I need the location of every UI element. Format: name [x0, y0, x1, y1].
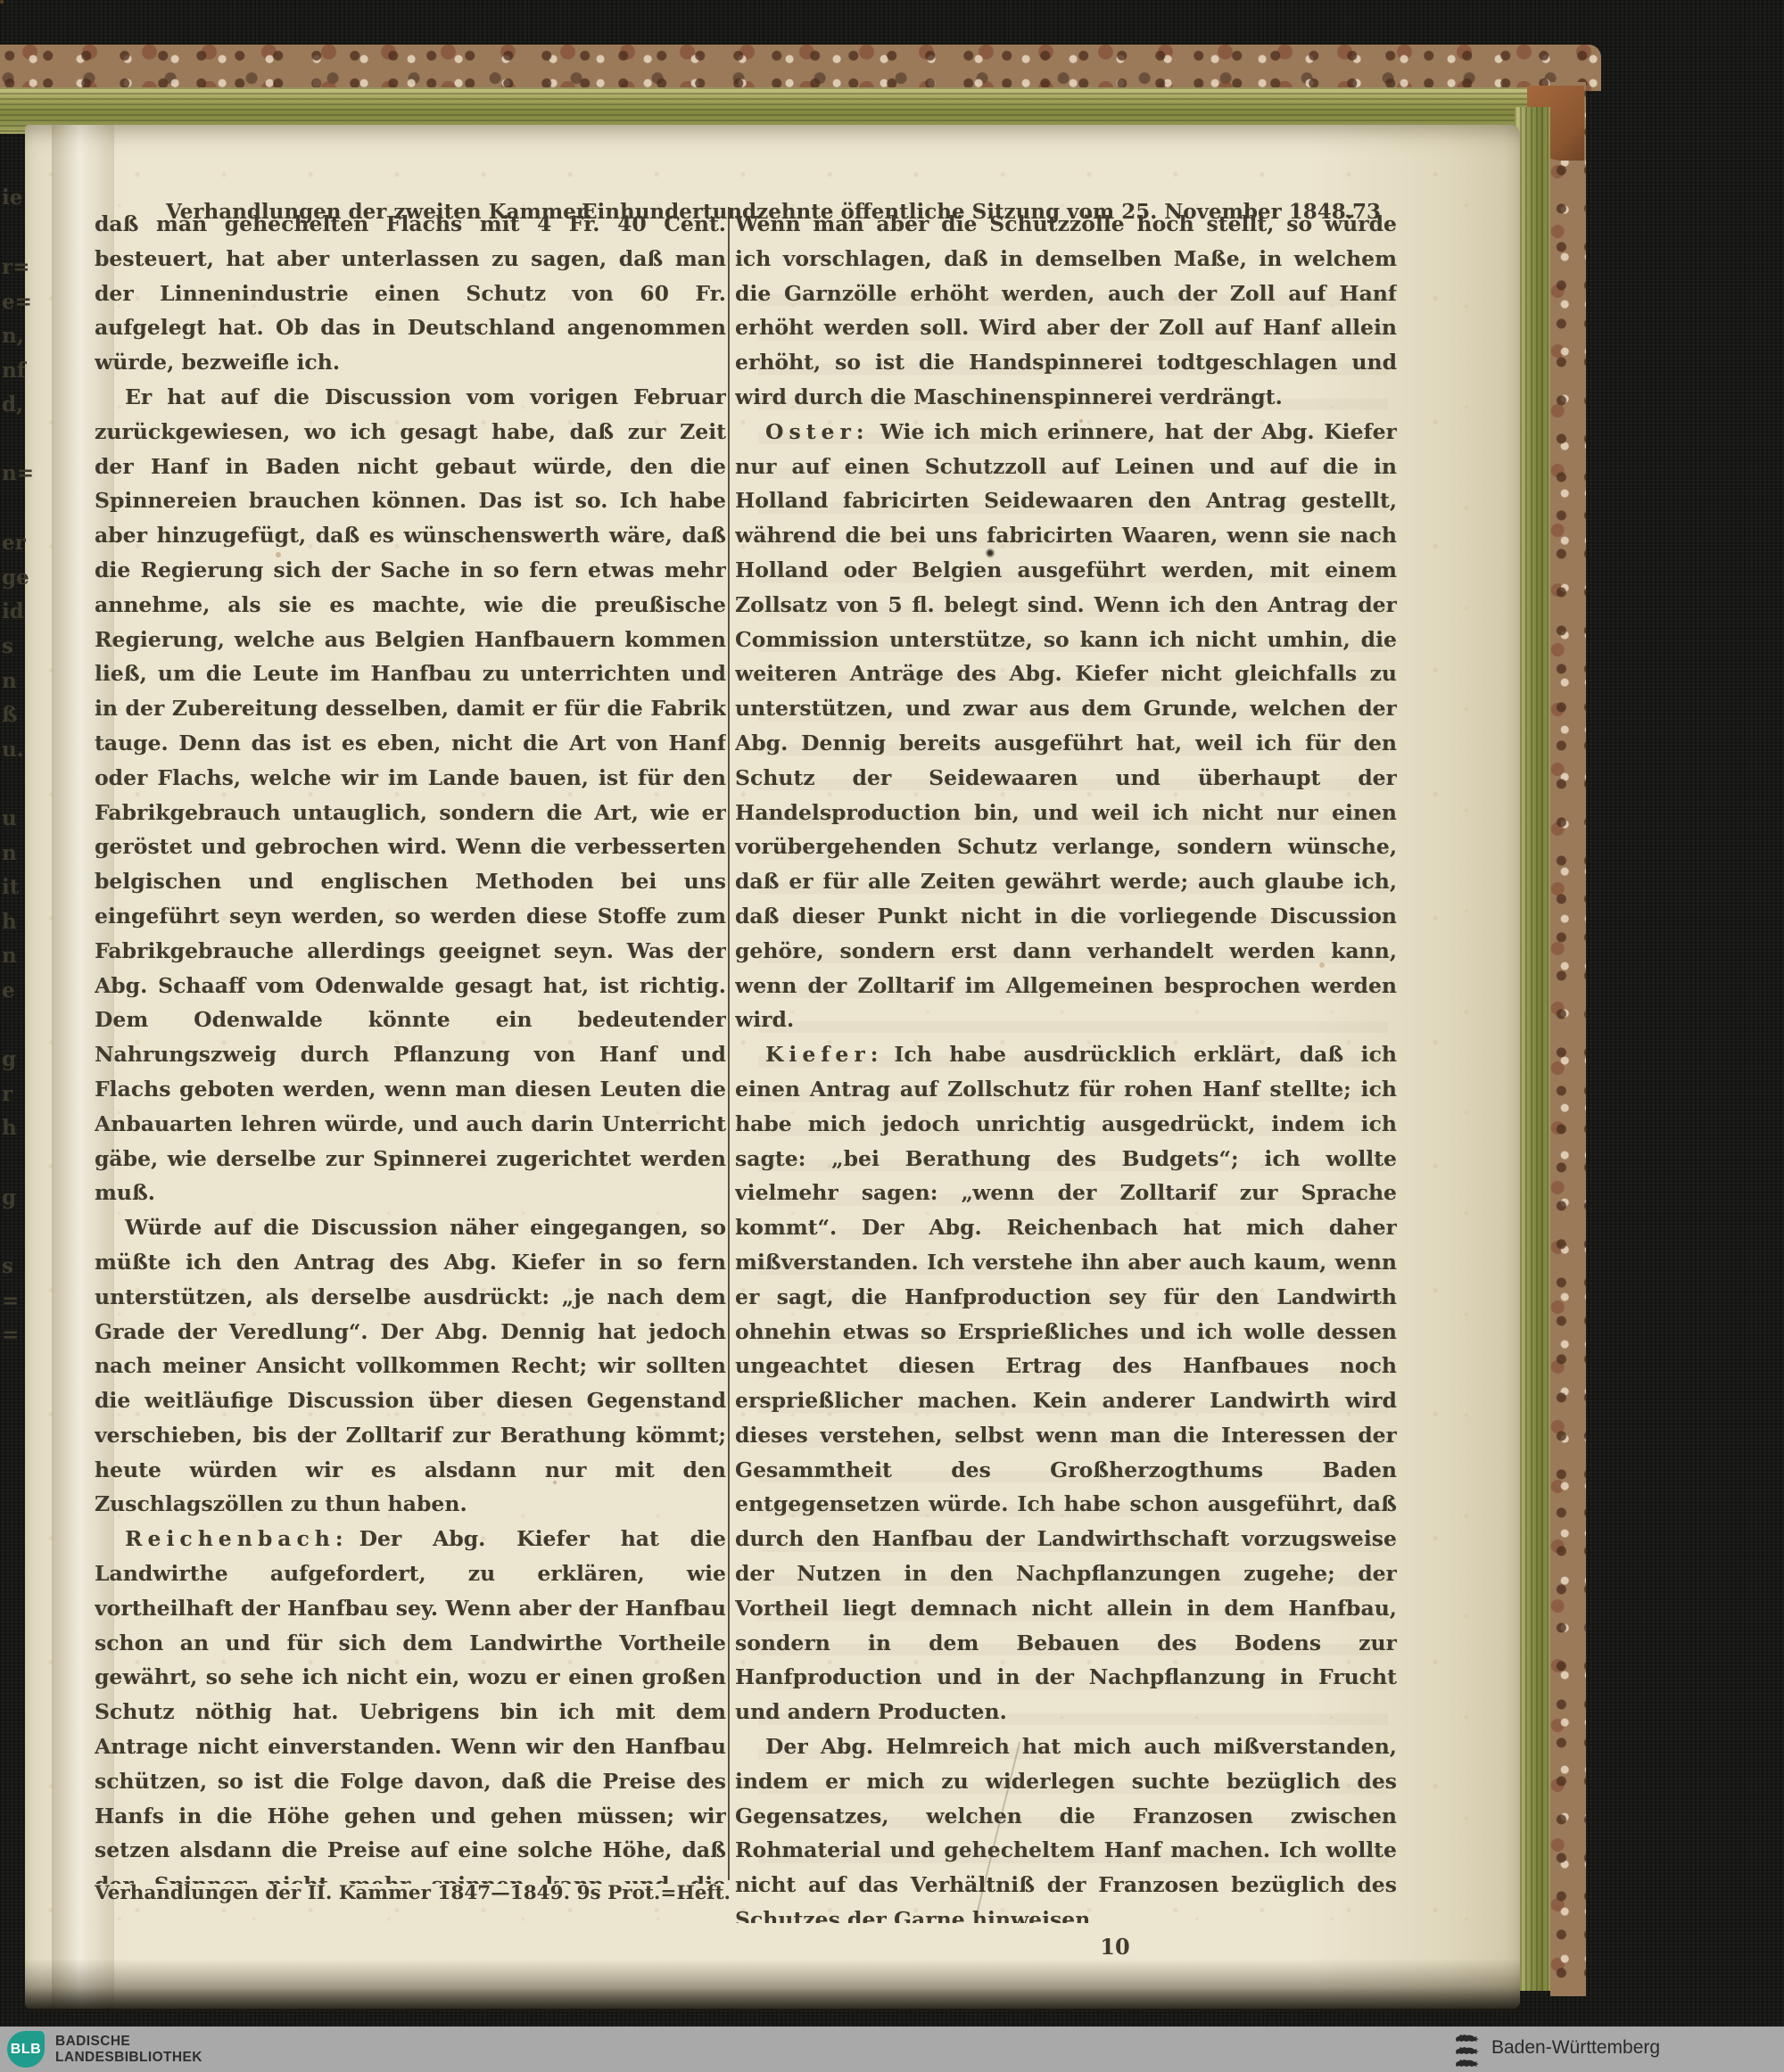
paragraph-text: Er hat auf die Discussion vom vorigen Fe…	[95, 384, 726, 1205]
cut-letter-fragment: h	[2, 910, 43, 934]
cut-letter-fragment: =	[2, 1323, 43, 1347]
cut-letter-fragment: u.	[2, 738, 43, 762]
cut-letter-fragment: n=	[2, 461, 43, 485]
paragraph-text: daß man gehechelten Flachs mit 4 Fr. 40 …	[95, 211, 726, 375]
paragraph-text: Würde auf die Discussion näher eingegang…	[95, 1215, 726, 1516]
cut-letter-fragment: s	[2, 634, 43, 658]
cut-letter-fragment: d,	[2, 392, 43, 417]
library-name-line2: LANDESBIBLIOTHEK	[55, 2050, 202, 2066]
book-fore-edge-pages	[1515, 107, 1550, 1991]
cut-letter-fragment: id	[2, 599, 43, 623]
cut-letter-fragment: ß	[2, 703, 43, 727]
cut-letter-fragment: ie	[2, 186, 43, 210]
book-side-marbled-cover	[1550, 82, 1586, 1996]
paragraph-text: Der Abg. Kiefer hat die Landwirthe aufge…	[95, 1526, 726, 1884]
paragraph-text: Ich habe ausdrücklich erklärt, daß ich e…	[735, 1042, 1397, 1724]
paragraph: Reichenbach:Der Abg. Kiefer hat die Land…	[95, 1522, 726, 1884]
cut-letter-fragment: r=	[2, 255, 43, 279]
paragraph-text: Wenn man aber die Schutzzölle hoch stell…	[735, 211, 1397, 409]
paragraph: Wenn man aber die Schutzzölle hoch stell…	[735, 207, 1397, 415]
paragraph-text: Wie ich mich erinnere, hat der Abg. Kief…	[735, 419, 1397, 1033]
sheet-signature-number: 10	[999, 1934, 1231, 1960]
paragraph: daß man gehechelten Flachs mit 4 Fr. 40 …	[95, 207, 726, 380]
cut-letter-fragment: it	[2, 875, 43, 899]
cut-letter-fragment: u	[2, 806, 43, 830]
foxing-spots	[0, 0, 4, 4]
library-name-label: BADISCHE LANDESBIBLIOTHEK	[55, 2034, 202, 2066]
cut-letter-fragment: nf	[2, 359, 43, 383]
library-name-line1: BADISCHE	[55, 2034, 202, 2050]
paragraph: Der Abg. Helmreich hat mich auch mißvers…	[735, 1729, 1397, 1923]
volume-footer-line: Verhandlungen der II. Kammer 1847—1849. …	[95, 1882, 726, 1904]
cut-letter-fragment: n	[2, 944, 43, 968]
cut-letter-fragment: s	[2, 1254, 43, 1278]
cut-letter-fragment: er	[2, 531, 43, 555]
cut-letter-fragment: n	[2, 669, 43, 693]
left-text-column: daß man gehechelten Flachs mit 4 Fr. 40 …	[95, 207, 726, 1884]
right-text-column: Wenn man aber die Schutzzölle hoch stell…	[735, 207, 1397, 1923]
state-name-label: Baden-Württemberg	[1491, 2037, 1660, 2059]
cut-letter-fragment: h	[2, 1116, 43, 1140]
paragraph: Oster:Wie ich mich erinnere, hat der Abg…	[735, 415, 1397, 1037]
blb-logo-icon: BLB	[7, 2031, 45, 2068]
paragraph: Er hat auf die Discussion vom vorigen Fe…	[95, 380, 726, 1210]
scan-viewer-canvas: { "scan": { "header": { "left": "Verhand…	[0, 0, 1784, 2072]
speaker-name: Oster:	[765, 419, 870, 444]
cut-letter-fragment: ge	[2, 565, 43, 590]
cut-letter-fragment: g	[2, 1047, 43, 1071]
cut-letter-fragment: =	[2, 1289, 43, 1313]
page-bottom-shadow	[25, 1959, 1520, 2010]
cut-letter-fragment: e	[2, 978, 43, 1003]
paragraph: Kiefer:Ich habe ausdrücklich erklärt, da…	[735, 1037, 1397, 1729]
cut-letter-fragment: n,	[2, 324, 43, 348]
cut-letter-fragment: g	[2, 1185, 43, 1209]
speaker-name: Reichenbach:	[125, 1526, 349, 1551]
cut-letter-fragment: e=	[2, 290, 43, 314]
column-divider-rule	[728, 207, 730, 1880]
paragraph: Würde auf die Discussion näher eingegang…	[95, 1210, 726, 1522]
cut-letter-fragment: r	[2, 1082, 43, 1106]
speaker-name: Kiefer:	[765, 1042, 883, 1067]
paragraph-text: Der Abg. Helmreich hat mich auch mißvers…	[735, 1734, 1397, 1923]
cut-letter-fragment: n	[2, 841, 43, 865]
baden-wuerttemberg-lions-icon	[1452, 2030, 1483, 2069]
book-top-edge-marbled-cover	[0, 45, 1601, 91]
